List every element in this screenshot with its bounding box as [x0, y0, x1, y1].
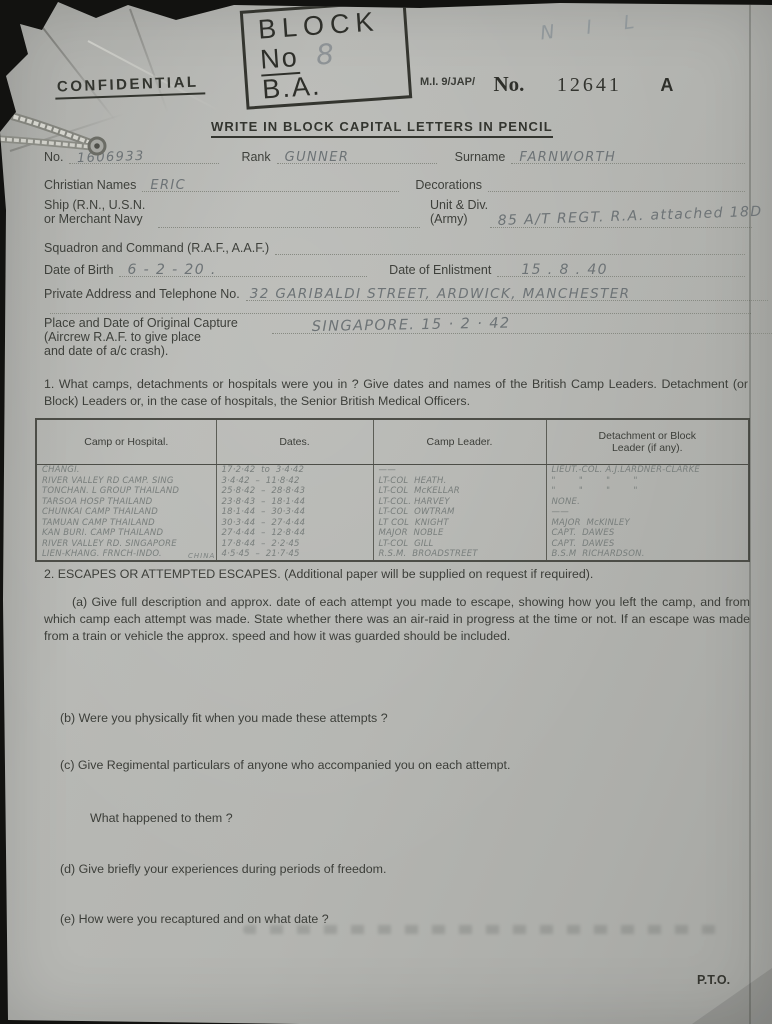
table-row: KAN BURI. CAMP THAILAND27·4·44 – 12·8·44…: [36, 528, 749, 539]
table-cell: B.S.M RICHARDSON.: [546, 549, 749, 561]
corner-fold: [692, 968, 772, 1024]
block-capitals-instruction: WRITE IN BLOCK CAPITAL LETTERS IN PENCIL: [211, 119, 553, 138]
enlistment-label: Date of Enlistment: [389, 263, 491, 277]
question-2a-text: (a) Give full description and approx. da…: [44, 594, 750, 645]
paper-sheet: BLOCK No 8 B.A. N I L CONFIDENTIAL M.I. …: [0, 0, 772, 1024]
table-row: CHANGI.17·2·42 to 3·4·42——LIEUT.-COL. A.…: [36, 465, 749, 476]
christian-names-line: ERIC: [142, 174, 399, 192]
question-2b-text: (b) Were you physically fit when you mad…: [60, 710, 740, 727]
table-cell: 25·8·42 – 28·8·43: [216, 486, 373, 497]
table-cell: LT-COL. HARVEY: [373, 497, 546, 508]
table-cell: MAJOR McKINLEY: [546, 518, 749, 529]
camps-table-header: Camp or Hospital. Dates. Camp Leader. De…: [36, 419, 749, 465]
question-2c2-text: What happened to them ?: [90, 810, 690, 827]
table-row: RIVER VALLEY RD CAMP. SING3·4·42 – 11·8·…: [36, 476, 749, 487]
col-header-camp-leader: Camp Leader.: [373, 419, 546, 465]
rank-value: GUNNER: [285, 150, 350, 165]
field-row-dates: Date of Birth 6 - 2 - 20 . Date of Enlis…: [44, 259, 745, 277]
decorations-line: [488, 174, 745, 192]
ref-prefix: M.I. 9/JAP/: [420, 76, 475, 88]
capture-label-line3: and date of a/c crash).: [44, 344, 768, 358]
table-row: TARSOA HOSP THAILAND23·8·43 – 18·1·44LT-…: [36, 497, 749, 508]
rank-line: GUNNER: [277, 146, 437, 164]
table-cell: RIVER VALLEY RD CAMP. SING: [36, 476, 216, 487]
camps-table: Camp or Hospital. Dates. Camp Leader. De…: [35, 418, 750, 562]
series-letter: A: [660, 75, 673, 95]
capture-value: SINGAPORE. 15 · 2 · 42: [312, 316, 511, 335]
table-cell: NONE.: [546, 497, 749, 508]
table-cell: 17·2·42 to 3·4·42: [216, 465, 373, 476]
field-capture: Place and Date of Original Capture (Airc…: [44, 316, 768, 358]
binding-string-icon: [0, 95, 140, 175]
table-cell: 4·5·45 – 21·7·45: [216, 549, 373, 561]
rank-label: Rank: [241, 150, 270, 164]
table-row: TONCHAN. L GROUP THAILAND25·8·42 – 28·8·…: [36, 486, 749, 497]
capture-line: SINGAPORE. 15 · 2 · 42: [272, 316, 772, 334]
table-cell: 3·4·42 – 11·8·42: [216, 476, 373, 487]
decorations-label: Decorations: [415, 178, 482, 192]
surname-value: FARNWORTH: [519, 150, 616, 165]
table-cell: ——: [373, 465, 546, 476]
address-continuation-line: [50, 296, 751, 314]
block-number-stamp: BLOCK No 8 B.A.: [240, 0, 413, 110]
table-cell: CHUNKAI CAMP THAILAND: [36, 507, 216, 518]
bleed-through-smudge: [243, 925, 718, 934]
christian-names-value: ERIC: [150, 178, 186, 193]
table-cell: 17·8·44 – 2·2·45: [216, 539, 373, 550]
christian-names-label: Christian Names: [44, 178, 136, 192]
unit-label-line1: Unit & Div.: [430, 198, 488, 212]
table-cell: LT COL KNIGHT: [373, 518, 546, 529]
table-cell: LT-COL McKELLAR: [373, 486, 546, 497]
table-cell: MAJOR NOBLE: [373, 528, 546, 539]
col-header-detachment-leader: Detachment or Block Leader (if any).: [546, 419, 749, 465]
table-cell: ——: [546, 507, 749, 518]
col-header-camp: Camp or Hospital.: [36, 419, 216, 465]
page-edge-line: [749, 0, 751, 1024]
field-row-squadron: Squadron and Command (R.A.F., A.A.F.): [44, 237, 745, 255]
table-cell: 23·8·43 – 18·1·44: [216, 497, 373, 508]
surname-label: Surname: [455, 150, 506, 164]
serial-number: 12641: [557, 74, 622, 96]
date-of-birth-label: Date of Birth: [44, 263, 113, 277]
question-2d-text: (d) Give briefly your experiences during…: [60, 861, 740, 878]
scanned-pow-questionnaire: { "colors": { "paper": "#b5b6b2", "ink":…: [0, 0, 772, 1024]
table-cell: CAPT. DAWES: [546, 539, 749, 550]
question-2-heading: 2. ESCAPES OR ATTEMPTED ESCAPES. (Additi…: [44, 566, 748, 583]
date-of-birth-line: 6 - 2 - 20 .: [119, 259, 367, 277]
table-row: RIVER VALLEY RD. SINGAPORE17·8·44 – 2·2·…: [36, 539, 749, 550]
table-row: TAMUAN CAMP THAILAND30·3·44 – 27·4·44LT …: [36, 518, 749, 529]
table-cell: TONCHAN. L GROUP THAILAND: [36, 486, 216, 497]
date-of-birth-value: 6 - 2 - 20 .: [127, 262, 216, 278]
stamp-number-handwritten: 8: [315, 37, 336, 71]
table-cell: 18·1·44 – 30·3·44: [216, 507, 373, 518]
table-cell: R.S.M. BROADSTREET: [373, 549, 546, 561]
question-1-text: 1. What camps, detachments or hospitals …: [44, 376, 748, 410]
table-cell: CHANGI.: [36, 465, 216, 476]
camps-table-body: CHANGI.17·2·42 to 3·4·42——LIEUT.-COL. A.…: [36, 465, 749, 561]
china-footnote: CHINA: [188, 552, 215, 560]
table-cell: TARSOA HOSP THAILAND: [36, 497, 216, 508]
question-2c-text: (c) Give Regimental particulars of anyon…: [60, 757, 740, 774]
table-cell: " " " ": [546, 486, 749, 497]
table-cell: LIEUT.-COL. A.J.LARDNER-CLARKE: [546, 465, 749, 476]
nil-annotation: N I L: [539, 10, 648, 45]
table-row: CHUNKAI CAMP THAILAND18·1·44 – 30·3·44LT…: [36, 507, 749, 518]
ship-line: [158, 210, 420, 228]
table-row: LIEN-KHANG. FRNCH-INDO.4·5·45 – 21·7·45R…: [36, 549, 749, 561]
table-cell: CAPT. DAWES: [546, 528, 749, 539]
table-cell: LT-COL GILL: [373, 539, 546, 550]
table-cell: KAN BURI. CAMP THAILAND: [36, 528, 216, 539]
squadron-label: Squadron and Command (R.A.F., A.A.F.): [44, 241, 269, 255]
form-reference: M.I. 9/JAP/ No. 12641 A: [420, 72, 673, 97]
table-cell: 30·3·44 – 27·4·44: [216, 518, 373, 529]
surname-line: FARNWORTH: [511, 146, 745, 164]
enlistment-value: 15 . 8 . 40: [521, 262, 608, 278]
table-cell: " " " ": [546, 476, 749, 487]
table-cell: TAMUAN CAMP THAILAND: [36, 518, 216, 529]
unit-label-line2: (Army): [430, 212, 468, 226]
unit-line: 85 A/T REGT. R.A. attached 18D: [490, 210, 752, 228]
squadron-line: [275, 237, 745, 255]
table-cell: 27·4·44 – 12·8·44: [216, 528, 373, 539]
table-cell: LT-COL OWTRAM: [373, 507, 546, 518]
field-row-ship-unit: Ship (R.N., U.S.N. or Merchant Navy Unit…: [44, 198, 745, 226]
col-header-dates: Dates.: [216, 419, 373, 465]
field-row-no-rank-surname: No. 1606933 Rank GUNNER Surname FARNWORT…: [44, 146, 745, 164]
table-cell: LT-COL HEATH.: [373, 476, 546, 487]
table-cell: RIVER VALLEY RD. SINGAPORE: [36, 539, 216, 550]
field-row-christian-decorations: Christian Names ERIC Decorations: [44, 174, 745, 192]
serial-no-label: No.: [493, 72, 524, 96]
enlistment-line: 15 . 8 . 40: [497, 259, 745, 277]
